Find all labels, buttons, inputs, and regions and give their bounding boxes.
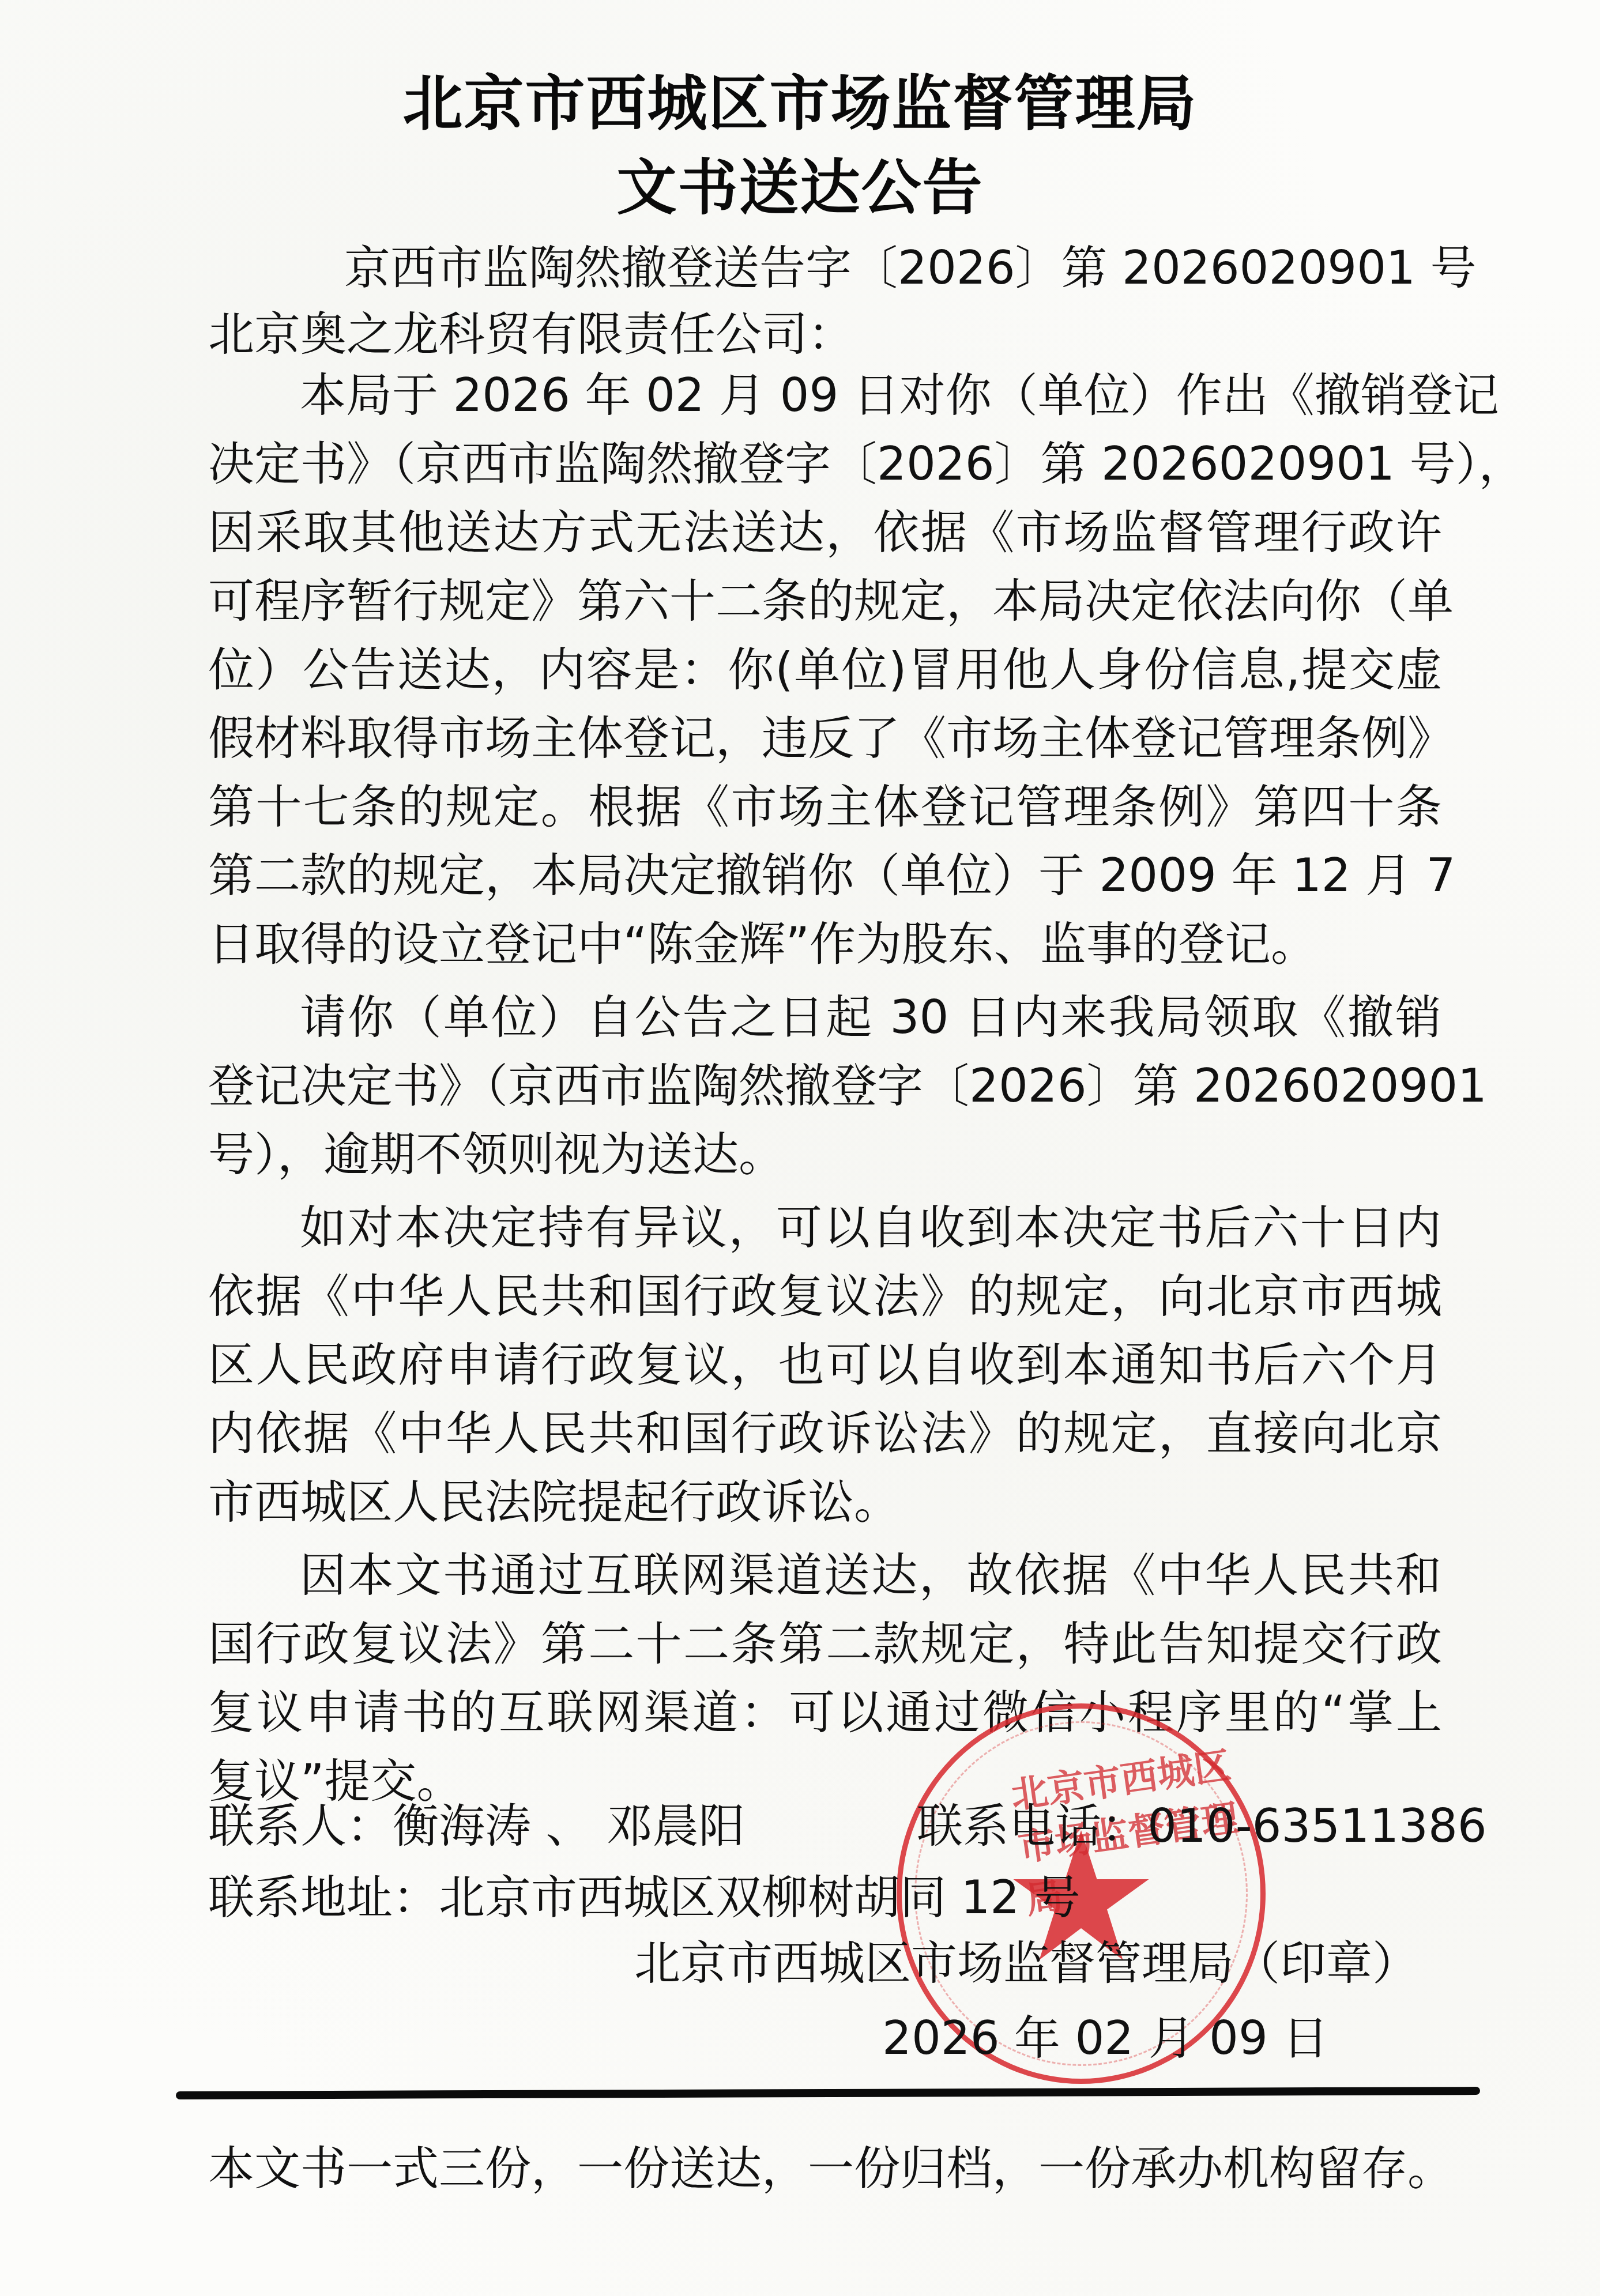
paragraph-line: 可程序暂行规定》第六十二条的规定，本局决定依法向你（单 — [208, 578, 1442, 624]
document-title: 北京市西城区市场监督管理局 — [0, 74, 1600, 134]
contact-phone-value: 010-63511386 — [1147, 1799, 1487, 1853]
paragraph-line: 第十七条的规定。根据《市场主体登记管理条例》第四十条 — [208, 784, 1442, 830]
document-subtitle: 文书送达公告 — [0, 158, 1600, 218]
paragraph-line: 请你（单位）自公告之日起 30 日内来我局领取《撤销 — [300, 994, 1441, 1040]
paragraph-line: 位）公告送达，内容是：你(单位)冒用他人身份信息,提交虚 — [208, 647, 1442, 693]
document-page: 北京市西城区市场监督管理局 文书送达公告 京西市监陶然撤登送告字〔2026〕第 … — [0, 0, 1600, 2296]
paragraph-line: 区人民政府申请行政复议，也可以自收到本通知书后六个月 — [208, 1342, 1442, 1388]
paragraph-line: 日取得的设立登记中“陈金辉”作为股东、监事的登记。 — [208, 921, 1317, 967]
paragraph-line: 假材料取得市场主体登记，违反了《市场主体登记管理条例》 — [208, 715, 1442, 761]
paragraph-line: 复议申请书的互联网渠道：可以通过微信小程序里的“掌上 — [208, 1690, 1442, 1736]
paragraph-line: 依据《中华人民共和国行政复议法》的规定，向北京市西城 — [208, 1273, 1442, 1319]
document-number: 京西市监陶然撤登送告字〔2026〕第 2026020901 号 — [344, 245, 1394, 291]
contact-persons-value: 衡海涛 、 邓晨阳 — [393, 1799, 745, 1853]
paragraph-line: 因采取其他送达方式无法送达，依据《市场监督管理行政许 — [208, 510, 1442, 556]
paragraph-line: 如对本决定持有异议，可以自收到本决定书后六十日内 — [300, 1205, 1441, 1251]
paragraph-line: 因本文书通过互联网渠道送达，故依据《中华人民共和 — [300, 1552, 1441, 1598]
paragraph-line: 内依据《中华人民共和国行政诉讼法》的规定，直接向北京 — [208, 1411, 1442, 1457]
contact-address: 联系地址：北京市西城区双柳树胡同 12 号 — [208, 1875, 1081, 1921]
paragraph-line: 第二款的规定，本局决定撤销你（单位）于 2009 年 12 月 7 — [208, 853, 1442, 899]
issue-date: 2026 年 02 月 09 日 — [882, 2015, 1328, 2061]
paragraph-line: 决定书》（京西市监陶然撤登字〔2026〕第 2026020901 号）， — [208, 441, 1442, 487]
issuer-signature: 北京市西城区市场监督管理局（印章） — [634, 1940, 1418, 1986]
contact-phone-label: 联系电话： — [917, 1799, 1147, 1853]
paragraph-line: 号），逾期不领则视为送达。 — [208, 1132, 785, 1178]
addressee: 北京奥之龙科贸有限责任公司： — [208, 311, 854, 357]
contact-persons: 联系人：衡海涛 、 邓晨阳 — [208, 1803, 745, 1849]
paragraph-line: 登记决定书》（京西市监陶然撤登字〔2026〕第 2026020901 — [208, 1063, 1442, 1109]
contact-persons-label: 联系人： — [208, 1799, 393, 1853]
paragraph-line: 本局于 2026 年 02 月 09 日对你（单位）作出《撤销登记 — [300, 372, 1441, 419]
paragraph-line: 复议”提交。 — [208, 1758, 462, 1804]
contact-address-value: 北京市西城区双柳树胡同 12 号 — [439, 1871, 1081, 1924]
paragraph-line: 市西城区人民法院提起行政诉讼。 — [208, 1479, 900, 1525]
footer-note: 本文书一式三份，一份送达，一份归档，一份承办机构留存。 — [208, 2146, 1454, 2192]
paragraph-line: 国行政复议法》第二十二条第二款规定，特此告知提交行政 — [208, 1621, 1442, 1667]
contact-phone: 联系电话：010-63511386 — [917, 1803, 1487, 1849]
contact-address-label: 联系地址： — [208, 1871, 439, 1924]
footer-divider — [176, 2087, 1480, 2099]
